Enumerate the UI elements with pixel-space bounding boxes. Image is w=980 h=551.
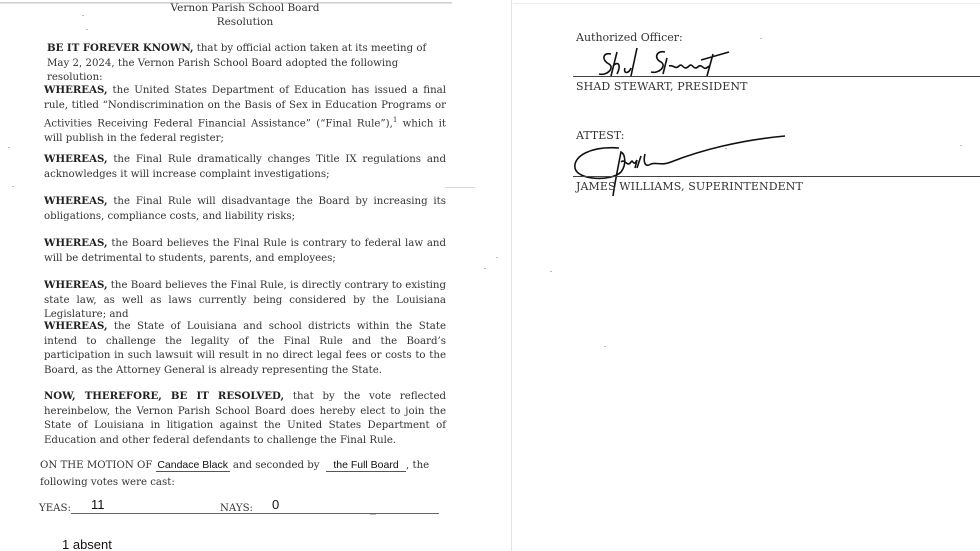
scan-speck (8, 147, 10, 148)
scan-speck (82, 15, 84, 16)
absent-note: 1 absent (62, 537, 112, 551)
whereas-clause-4: WHEREAS, the Board believes the Final Ru… (44, 236, 446, 266)
whereas-lead: WHEREAS, (44, 195, 108, 207)
document-title: Resolution (0, 16, 490, 28)
page-divider (511, 0, 512, 551)
whereas-lead: WHEREAS, (44, 84, 108, 96)
scan-speck (496, 257, 498, 258)
whereas-clause-3: WHEREAS, the Final Rule will disadvantag… (44, 194, 446, 224)
vote-tally: YEAS: 11 NAYS: 0 (39, 498, 439, 514)
resolution-page-2: Authorized Officer: SHAD STEWART, PRESID… (513, 0, 980, 551)
page-top-edge (513, 3, 980, 4)
seconder-field[interactable]: the Full Board (326, 459, 406, 472)
whereas-lead: WHEREAS, (44, 237, 108, 249)
superintendent-name-title: JAMES WILLIAMS, SUPERINTENDENT (576, 180, 803, 193)
nays-label: NAYS: (220, 503, 253, 514)
whereas-lead: WHEREAS, (44, 279, 108, 291)
resolved-lead: NOW, THEREFORE, BE IT RESOLVED, (44, 390, 284, 402)
whereas-clause-5: WHEREAS, the Board believes the Final Ru… (44, 278, 446, 323)
resolved-clause: NOW, THEREFORE, BE IT RESOLVED, that by … (44, 389, 446, 448)
intro-lead: BE IT FOREVER KNOWN, (47, 42, 194, 54)
intro-paragraph: BE IT FOREVER KNOWN, that by official ac… (47, 41, 447, 86)
yeas-count[interactable]: 11 (91, 497, 105, 512)
whereas-clause-1: WHEREAS, the United States Department of… (44, 83, 446, 147)
nays-count[interactable]: 0 (272, 497, 279, 512)
authorized-officer-label: Authorized Officer: (576, 31, 683, 44)
superintendent-signature-line (573, 176, 980, 177)
president-signature-line (573, 76, 980, 77)
scan-speck (86, 29, 88, 30)
scan-speck (725, 148, 727, 149)
organization-title: Vernon Parish School Board (0, 2, 490, 14)
president-name-title: SHAD STEWART, PRESIDENT (576, 80, 748, 93)
motion-statement: ON THE MOTION OF Candace Black and secon… (40, 457, 442, 491)
whereas-clause-6: WHEREAS, the State of Louisiana and scho… (44, 319, 446, 378)
mover-field[interactable]: Candace Black (156, 459, 230, 472)
scan-speck (960, 145, 962, 146)
scan-speck (370, 514, 376, 515)
scan-speck (550, 271, 552, 272)
president-signature (597, 44, 737, 80)
scan-speck (12, 186, 14, 187)
whereas-lead: WHEREAS, (44, 153, 108, 165)
motion-middle: and seconded by (233, 460, 320, 471)
whereas-clause-2: WHEREAS, the Final Rule dramatically cha… (44, 152, 446, 182)
scan-speck (604, 346, 606, 347)
nays-line (252, 513, 439, 514)
motion-prefix: ON THE MOTION OF (40, 460, 152, 471)
resolution-page-1: Vernon Parish School Board Resolution BE… (0, 0, 512, 551)
scan-speck (445, 187, 475, 188)
scan-speck (760, 38, 762, 39)
yeas-label: YEAS: (39, 503, 71, 514)
whereas-lead: WHEREAS, (44, 320, 108, 332)
scan-speck (484, 268, 486, 269)
